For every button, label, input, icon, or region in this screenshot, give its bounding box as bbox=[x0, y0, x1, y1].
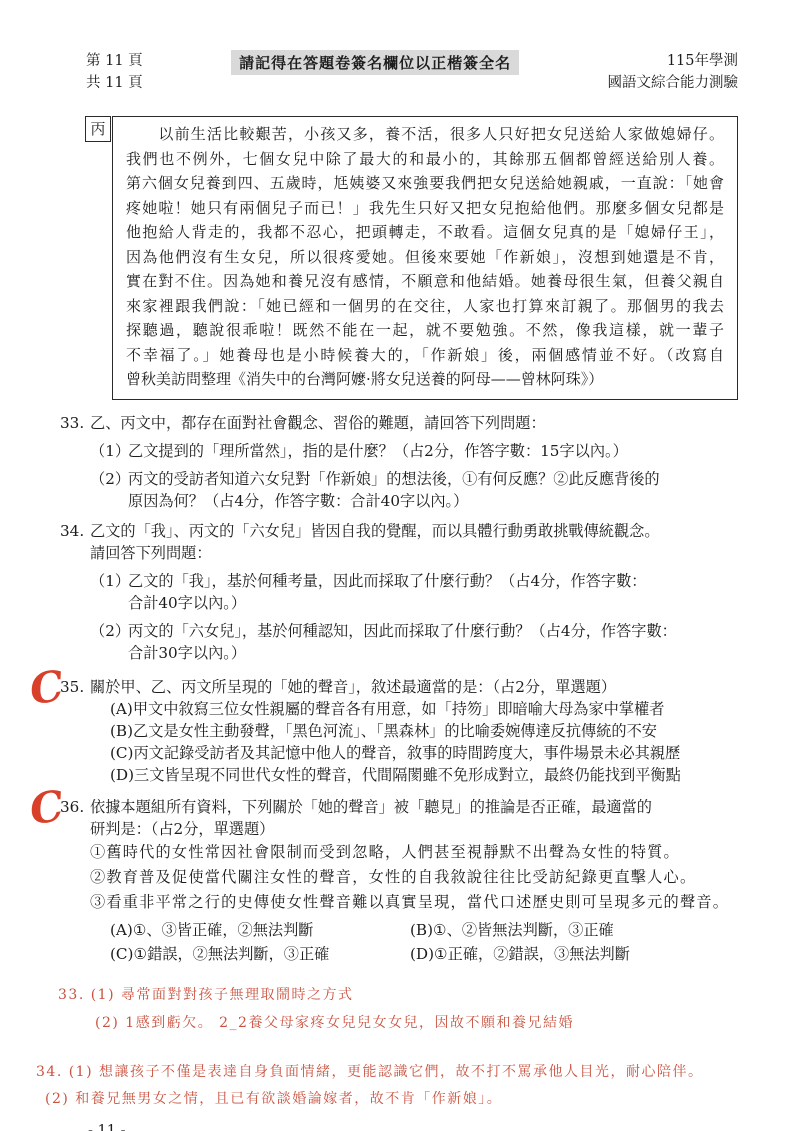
options-grid: (A)①、③皆正確，②無法判斷 (B)①、②皆無法判斷，③正確 (C)①錯誤，②… bbox=[90, 919, 738, 965]
statement-3: ③看重非平常之行的史傳使女性聲音難以真實呈現，當代口述歷史則可呈現多元的聲音。 bbox=[90, 890, 738, 915]
sub-text-line: 乙文提到的「理所當然」，指的是什麼？（占2分，作答字數：15字以內。） bbox=[128, 440, 738, 462]
exam-subject: 國語文綜合能力測驗 bbox=[608, 72, 739, 94]
option-d: (D)三文皆呈現不同世代女性的聲音，代間隔閡雖不免形成對立，最終仍能找到平衡點 bbox=[90, 764, 738, 786]
option-a: (A)①、③皆正確，②無法判斷 bbox=[110, 919, 410, 941]
sub-text-line: 原因為何？（占4分，作答字數：合計40字以內。） bbox=[128, 490, 738, 512]
question-33-sub-1: （1） 乙文提到的「理所當然」，指的是什麼？（占2分，作答字數：15字以內。） bbox=[90, 440, 738, 462]
passage-line: 實在對不住。因為她和養兄沒有感情，不願意和他結婚。她養母很生氣，但養父親自 bbox=[126, 269, 724, 294]
option-c: (C)丙文記錄受訪者及其記憶中他人的聲音，敘事的時間跨度大，事件場景未必其親歷 bbox=[90, 742, 738, 764]
sub-text-line: 丙文的受訪者知道六女兒對「作新娘」的想法後，①有何反應？②此反應背後的 bbox=[128, 468, 738, 490]
signature-notice: 請記得在答題卷簽名欄位以正楷簽全名 bbox=[231, 50, 519, 75]
page-count-block: 第 11 頁 共 11 頁 bbox=[86, 50, 143, 94]
exam-page: 第 11 頁 共 11 頁 請記得在答題卷簽名欄位以正楷簽全名 115年學測 國… bbox=[0, 0, 800, 1131]
passage-line: 疼她啦！她只有兩個兒子而已！」我先生只好又把女兒抱給他們。那麼多個女兒都是 bbox=[126, 196, 724, 221]
exam-year: 115年學測 bbox=[608, 50, 739, 72]
passage-line: 第六個女兒養到四、五歲時，尪姨婆又來強要我們把女兒送給她親戚，一直說：「她會 bbox=[126, 171, 724, 196]
passage-label: 丙 bbox=[85, 116, 111, 142]
passage-line: 我們也不例外，七個女兒中除了最大的和最小的，其餘那五個都曾經送給別人養。 bbox=[126, 147, 724, 172]
exam-title-block: 115年學測 國語文綜合能力測驗 bbox=[608, 50, 739, 94]
question-stem-line: 研判是：（占2分，單選題） bbox=[90, 818, 738, 840]
handwritten-answer-mark-36: C bbox=[27, 785, 66, 829]
option-a: (A)甲文中敘寫三位女性親屬的聲音各有用意，如「持笏」即暗喻大母為家中掌權者 bbox=[90, 698, 738, 720]
question-stem-line: 依據本題組所有資料，下列關於「她的聲音」被「聽見」的推論是否正確，最適當的 bbox=[90, 796, 738, 818]
page-header: 第 11 頁 共 11 頁 請記得在答題卷簽名欄位以正楷簽全名 115年學測 國… bbox=[86, 50, 738, 94]
question-34-sub-2: （2） 丙文的「六女兒」，基於何種認知，因此而採取了什麼行動？（占4分，作答字數… bbox=[90, 620, 738, 664]
question-stem-line: 請回答下列問題： bbox=[90, 542, 738, 564]
question-number: 34. bbox=[60, 520, 90, 664]
question-stem: 乙、丙文中，都存在面對社會觀念、習俗的難題，請回答下列問題： bbox=[90, 412, 738, 434]
sub-label: （1） bbox=[90, 570, 128, 614]
question-33: 33. 乙、丙文中，都存在面對社會觀念、習俗的難題，請回答下列問題： （1） 乙… bbox=[60, 412, 738, 512]
passage-line: 他抱給人背走的，我都不忍心，把頭轉走，不敢看。這個女兒真的是「媳婦仔王」， bbox=[126, 220, 724, 245]
sub-label: （2） bbox=[90, 468, 128, 512]
answer-line: (2) 1感到虧欠。 2_2養父母家疼女兒兒女女兒，因故不願和養兄結婚 bbox=[58, 1009, 738, 1037]
question-36: C 36. 依據本題組所有資料，下列關於「她的聲音」被「聽見」的推論是否正確，最… bbox=[60, 796, 738, 965]
question-35: C 35. 關於甲、乙、丙文所呈現的「她的聲音」，敘述最適當的是：（占2分，單選… bbox=[60, 676, 738, 786]
page-total: 共 11 頁 bbox=[86, 72, 143, 94]
handwritten-answer-mark-35: C bbox=[27, 665, 66, 709]
sub-label: （1） bbox=[90, 440, 128, 462]
question-number: 33. bbox=[60, 412, 90, 512]
passage-line: 因為他們沒有生女兒，所以很疼愛她。但後來要她「作新娘」，沒想到她還是不肯， bbox=[126, 245, 724, 270]
passage-line: 來家裡跟我們說：「她已經和一個男的在交往，人家也打算來訂親了。那個男的我去 bbox=[126, 294, 724, 319]
question-stem-line: 乙文的「我」、丙文的「六女兒」皆因自我的覺醒，而以具體行動勇敢挑戰傳統觀念。 bbox=[90, 520, 738, 542]
sub-label: （2） bbox=[90, 620, 128, 664]
passage-source-line: 曾秋美訪問整理《消失中的台灣阿嬤·將女兒送養的阿母——曾林阿珠》） bbox=[126, 367, 724, 392]
sub-text-line: 乙文的「我」，基於何種考量，因此而採取了什麼行動？（占4分，作答字數： bbox=[128, 570, 738, 592]
statement-1: ①舊時代的女性常因社會限制而受到忽略，人們甚至視靜默不出聲為女性的特質。 bbox=[90, 840, 738, 865]
question-stem: 關於甲、乙、丙文所呈現的「她的聲音」，敘述最適當的是：（占2分，單選題） bbox=[90, 676, 738, 698]
sub-text-line: 丙文的「六女兒」，基於何種認知，因此而採取了什麼行動？（占4分，作答字數： bbox=[128, 620, 738, 642]
statement-2: ②教育普及促使當代關注女性的聲音，女性的自我敘說往往比受訪紀錄更直擊人心。 bbox=[90, 865, 738, 890]
question-34-sub-1: （1） 乙文的「我」，基於何種考量，因此而採取了什麼行動？（占4分，作答字數： … bbox=[90, 570, 738, 614]
passage-line: 以前生活比較艱苦，小孩又多，養不活，很多人只好把女兒送給人家做媳婦仔。 bbox=[126, 122, 724, 147]
passage-c: 丙 以前生活比較艱苦，小孩又多，養不活，很多人只好把女兒送給人家做媳婦仔。 我們… bbox=[85, 116, 738, 400]
sub-text-line: 合計30字以內。） bbox=[128, 642, 738, 664]
question-33-sub-2: （2） 丙文的受訪者知道六女兒對「作新娘」的想法後，①有何反應？②此反應背後的 … bbox=[90, 468, 738, 512]
answer-line: (2) 和養兄無男女之情，且已有欲談婚論嫁者，故不肯「作新娘」。 bbox=[36, 1086, 738, 1113]
sub-text-line: 合計40字以內。） bbox=[128, 592, 738, 614]
answer-line: 33. (1) 尋常面對對孩子無理取鬧時之方式 bbox=[58, 981, 738, 1009]
handwritten-answer-34: 34. (1) 想讓孩子不僅是表達自身負面情緒，更能認識它們，故不打不罵承他人目… bbox=[36, 1059, 738, 1113]
passage-box: 以前生活比較艱苦，小孩又多，養不活，很多人只好把女兒送給人家做媳婦仔。 我們也不… bbox=[112, 116, 738, 400]
page-footer-number: - 11 - bbox=[88, 1123, 738, 1131]
option-b: (B)①、②皆無法判斷，③正確 bbox=[410, 919, 738, 941]
handwritten-answer-33: 33. (1) 尋常面對對孩子無理取鬧時之方式 (2) 1感到虧欠。 2_2養父… bbox=[58, 981, 738, 1037]
option-b: (B)乙文是女性主動發聲，「黑色河流」、「黑森林」的比喻委婉傳達反抗傳統的不安 bbox=[90, 720, 738, 742]
page-number: 第 11 頁 bbox=[86, 50, 143, 72]
option-d: (D)①正確，②錯誤，③無法判斷 bbox=[410, 943, 738, 965]
option-c: (C)①錯誤，②無法判斷，③正確 bbox=[110, 943, 410, 965]
question-34: 34. 乙文的「我」、丙文的「六女兒」皆因自我的覺醒，而以具體行動勇敢挑戰傳統觀… bbox=[60, 520, 738, 664]
question-number: 35. bbox=[60, 676, 90, 786]
passage-line: 探聽過，聽說很乖啦！既然不能在一起，就不要勉強。不然，像我這樣，就一輩子 bbox=[126, 318, 724, 343]
passage-line: 不幸福了。」她養母也是小時候養大的，「作新娘」後，兩個感情並不好。（改寫自 bbox=[126, 343, 724, 368]
answer-line: 34. (1) 想讓孩子不僅是表達自身負面情緒，更能認識它們，故不打不罵承他人目… bbox=[36, 1059, 738, 1086]
